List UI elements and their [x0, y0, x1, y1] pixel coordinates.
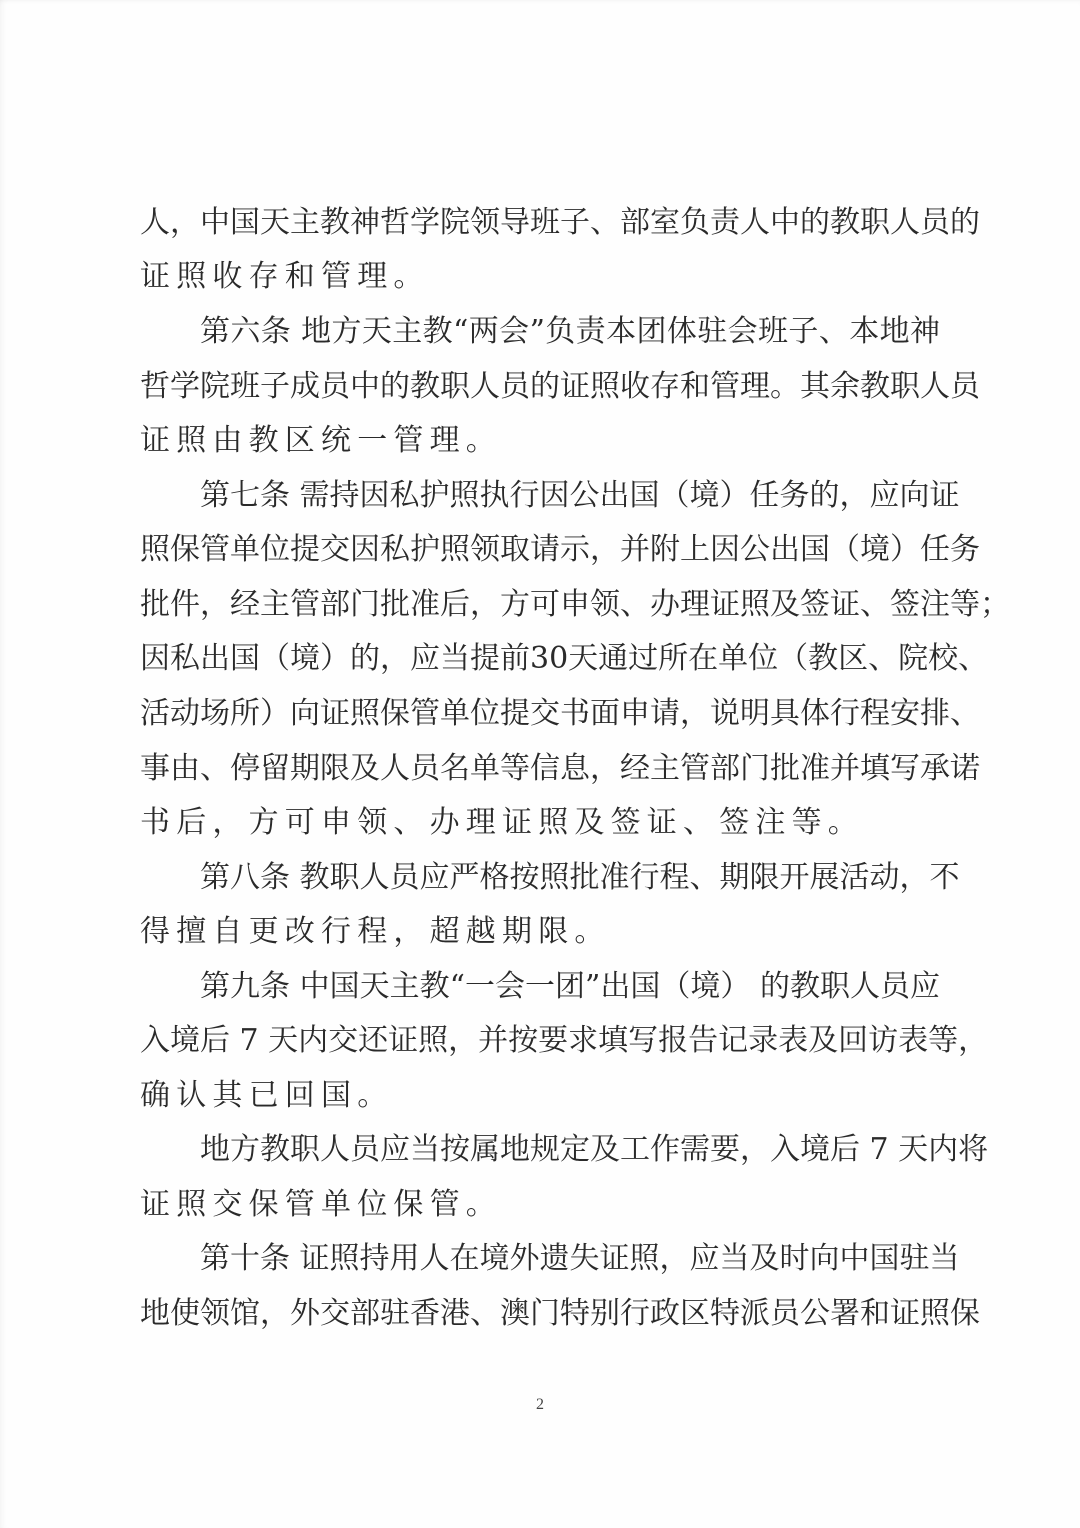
- text-line-5: 证照由教区统一管理。: [140, 421, 940, 461]
- text-line-4: 哲学院班子成员中的教职人员的证照收存和管理。其余教职人员: [140, 367, 940, 407]
- article-10-heading-line: 第十条 证照持用人在境外遗失证照，应当及时向中国驻当: [200, 1239, 940, 1279]
- article-6-heading-line: 第六条 地方天主教“两会”负责本团体驻会班子、本地神: [200, 312, 940, 352]
- article-9-heading-line: 第九条 中国天主教“一会一团”出国（境） 的教职人员应: [200, 967, 940, 1007]
- page-number: 2: [530, 1396, 550, 1414]
- article-8-heading-line: 第八条 教职人员应严格按照批准行程、期限开展活动，不: [200, 858, 940, 898]
- text-line-1: 人，中国天主教神哲学院领导班子、部室负责人中的教职人员的: [140, 203, 940, 243]
- text-line-14: 得擅自更改行程，超越期限。: [140, 912, 940, 952]
- text-line-12: 书后，方可申领、办理证照及签证、签注等。: [140, 803, 940, 843]
- text-line-10: 活动场所）向证照保管单位提交书面申请，说明具体行程安排、: [140, 694, 940, 734]
- text-line-7: 照保管单位提交因私护照领取请示，并附上因公出国（境）任务: [140, 530, 940, 570]
- article-7-heading-line: 第七条 需持因私护照执行因公出国（境）任务的，应向证: [200, 476, 940, 516]
- text-line-9: 因私出国（境）的，应当提前30天通过所在单位（教区、院校、: [140, 639, 940, 679]
- text-line-16: 入境后 7 天内交还证照，并按要求填写报告记录表及回访表等，: [140, 1021, 940, 1061]
- text-line-2: 证照收存和管理。: [140, 257, 940, 297]
- text-line-21: 地使领馆，外交部驻香港、澳门特别行政区特派员公署和证照保: [140, 1294, 940, 1334]
- text-line-8: 批件，经主管部门批准后，方可申领、办理证照及签证、签注等；: [140, 585, 940, 625]
- text-line-19: 证照交保管单位保管。: [140, 1185, 940, 1225]
- document-page: 人，中国天主教神哲学院领导班子、部室负责人中的教职人员的 证照收存和管理。 第六…: [0, 0, 1080, 1528]
- paragraph-local-staff-line: 地方教职人员应当按属地规定及工作需要，入境后 7 天内将: [200, 1130, 940, 1170]
- text-line-17: 确认其已回国。: [140, 1076, 940, 1116]
- text-line-11: 事由、停留期限及人员名单等信息，经主管部门批准并填写承诺: [140, 749, 940, 789]
